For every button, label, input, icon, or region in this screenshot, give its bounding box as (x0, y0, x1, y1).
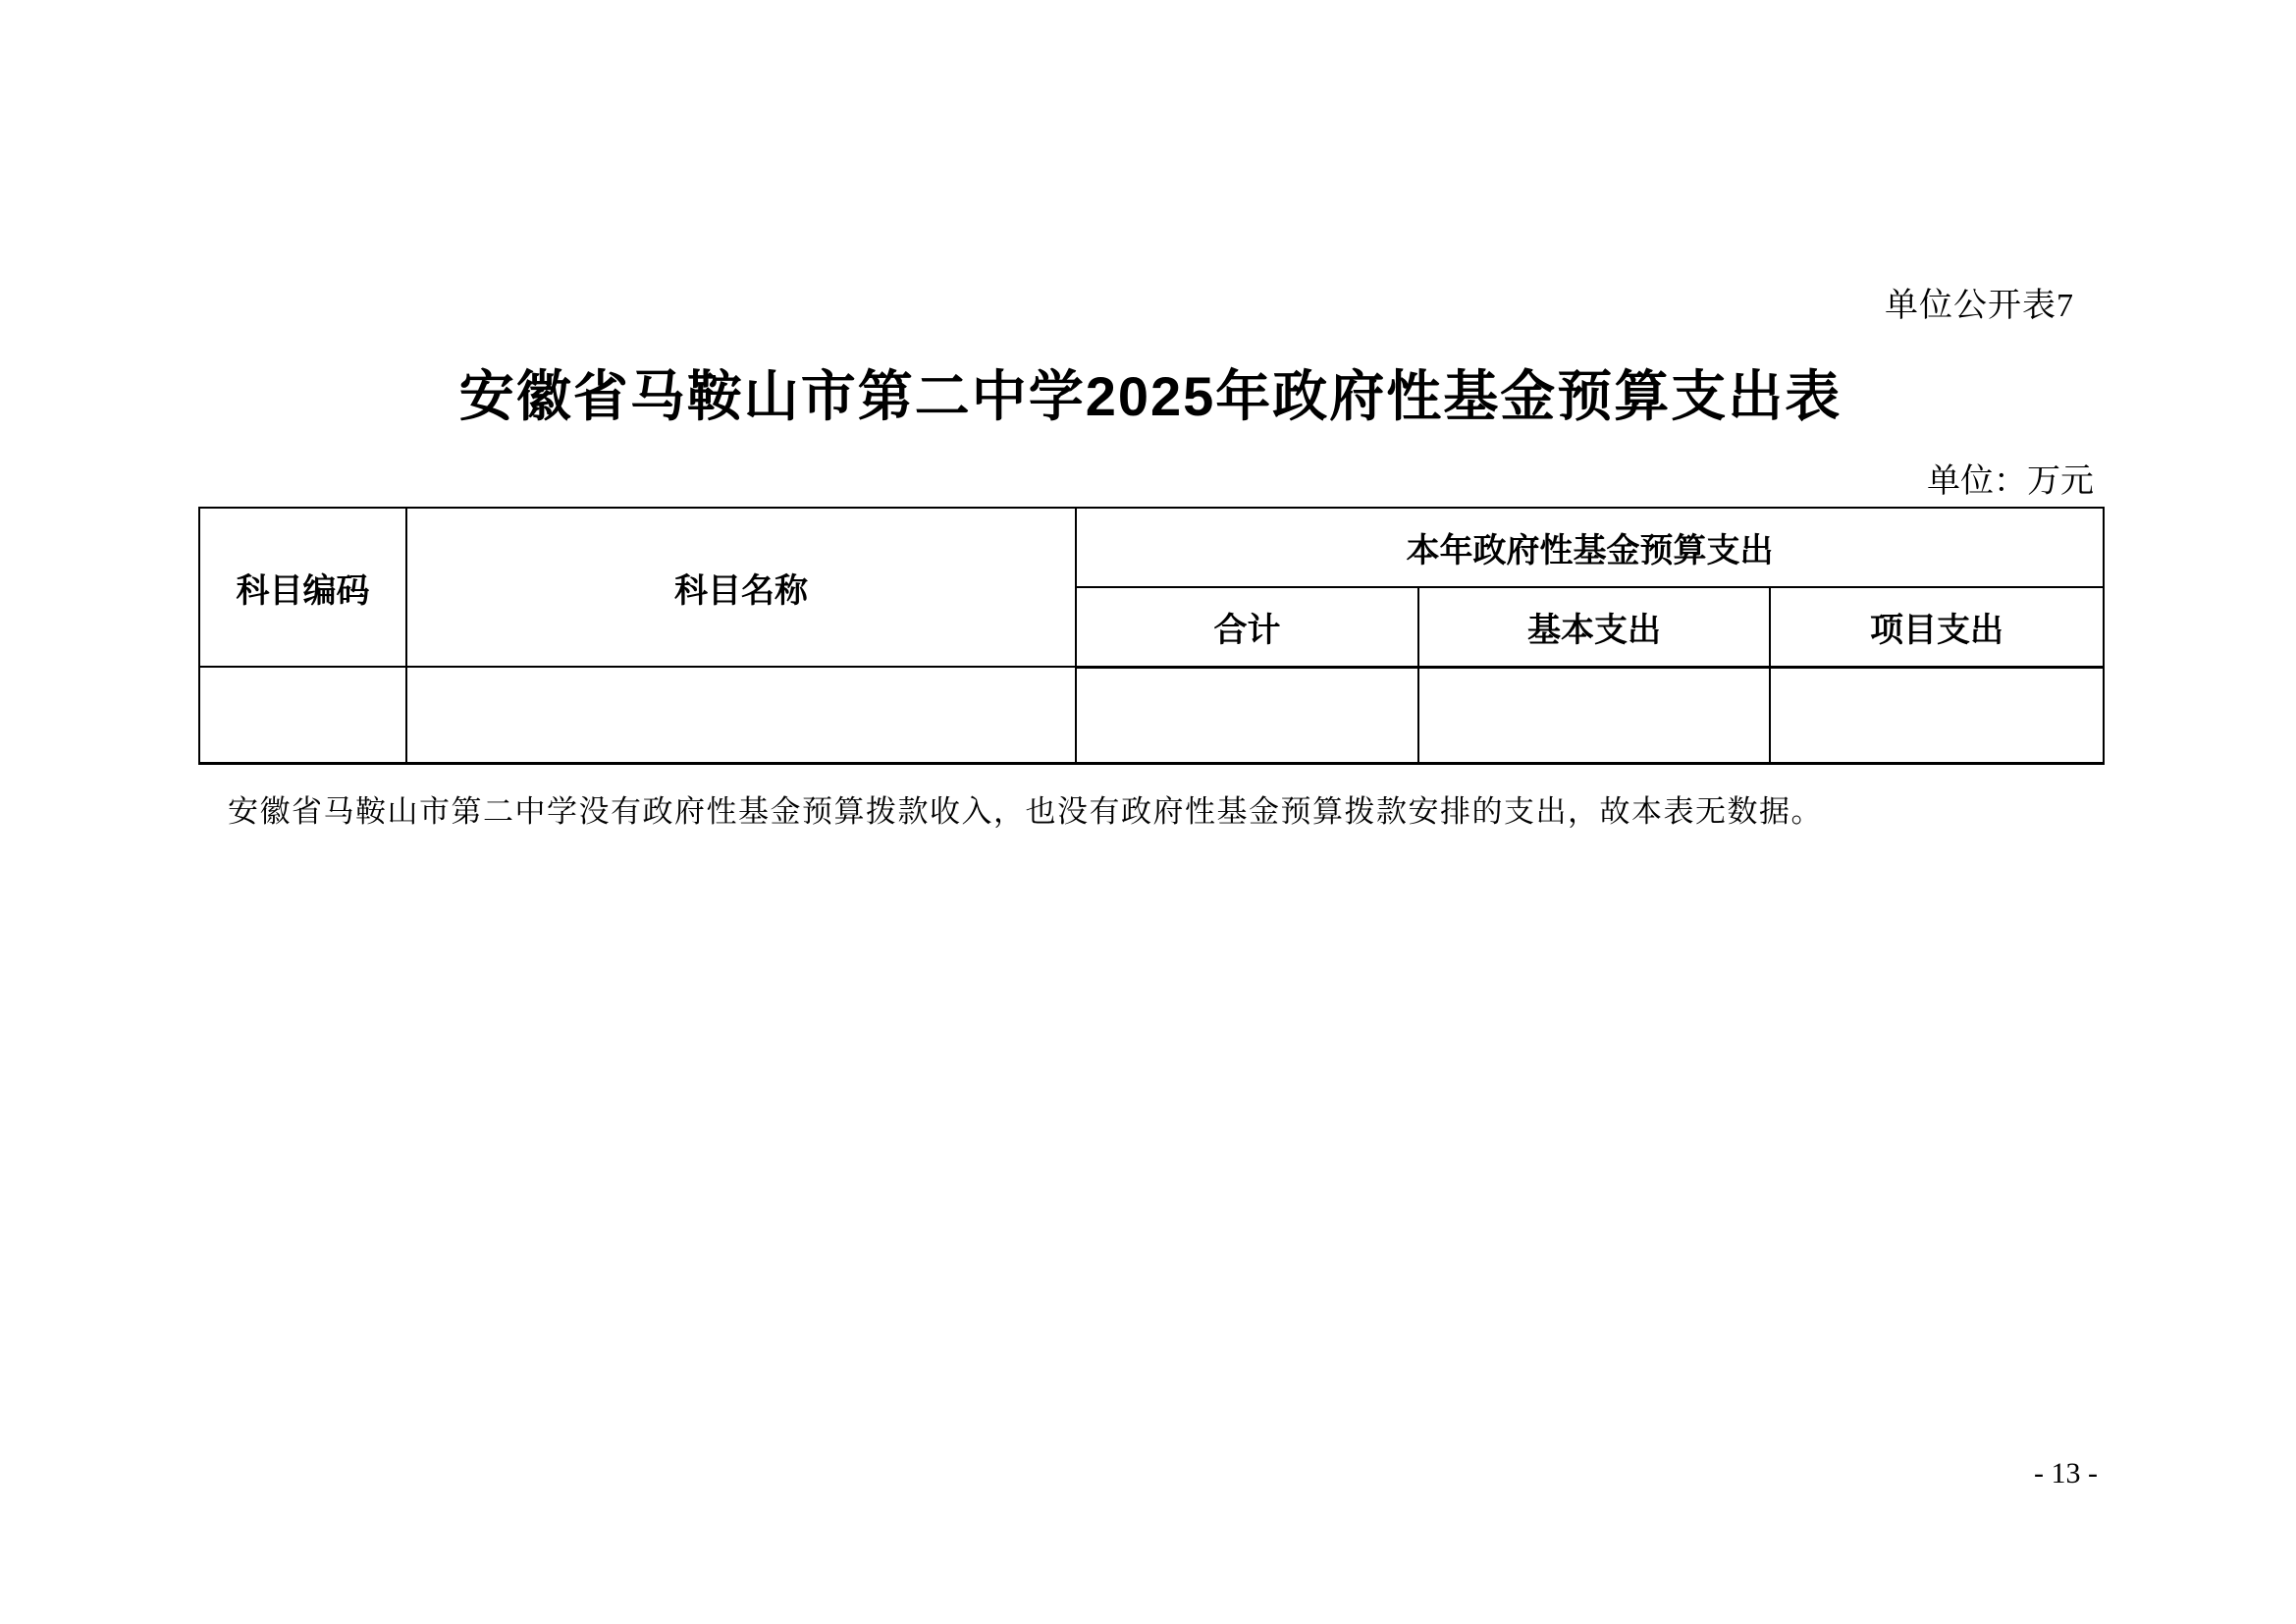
column-header-subject-name: 科目名称 (406, 508, 1076, 667)
column-header-total: 合计 (1076, 587, 1418, 667)
unit-label: 单位：万元 (1927, 454, 2094, 502)
no-data-note: 安徽省马鞍山市第二中学没有政府性基金预算拨款收入，也没有政府性基金预算拨款安排的… (228, 793, 2152, 830)
cell-subject-code (199, 667, 406, 763)
column-header-subject-code: 科目编码 (199, 508, 406, 667)
page-number: - 13 - (2034, 1457, 2098, 1490)
table-header-row-top: 科目编码 科目名称 本年政府性基金预算支出 (199, 508, 2104, 587)
doc-sheet-label: 单位公开表7 (1885, 278, 2074, 326)
column-header-basic-expenditure: 基本支出 (1418, 587, 1770, 667)
column-group-header-fund-budget-expenditure: 本年政府性基金预算支出 (1076, 508, 2104, 587)
table-row (199, 667, 2104, 763)
cell-total (1076, 667, 1418, 763)
budget-table: 科目编码 科目名称 本年政府性基金预算支出 合计 基本支出 项目支出 (198, 507, 2105, 765)
cell-basic-expenditure (1418, 667, 1770, 763)
column-header-project-expenditure: 项目支出 (1770, 587, 2104, 667)
cell-subject-name (406, 667, 1076, 763)
cell-project-expenditure (1770, 667, 2104, 763)
page-title: 安徽省马鞍山市第二中学2025年政府性基金预算支出表 (198, 353, 2103, 432)
